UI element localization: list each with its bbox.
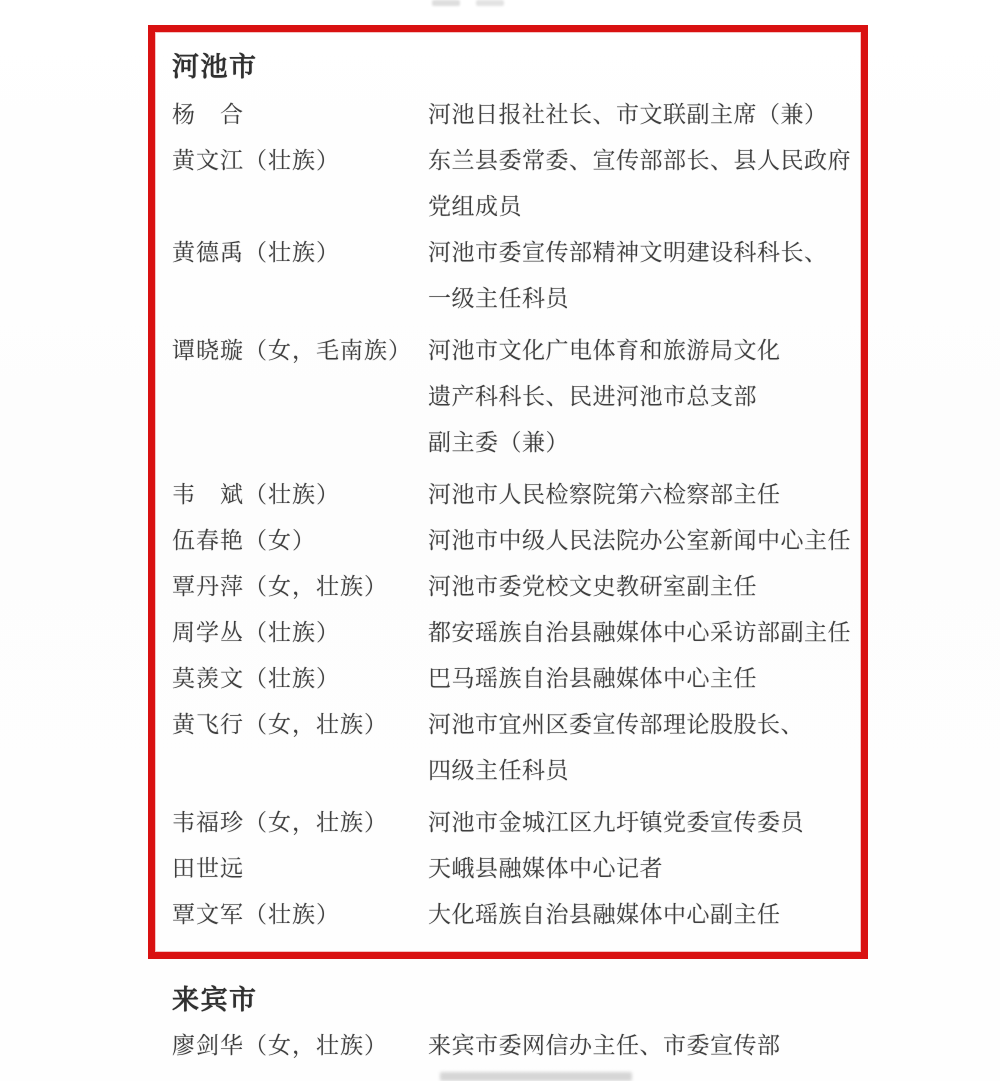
roster-entry: 谭晓璇（女，毛南族） 河池市文化广电体育和旅游局文化遗产科科长、民进河池市总支部… bbox=[172, 328, 861, 466]
section-title-laibin: 来宾市 bbox=[172, 983, 872, 1017]
roster-entry: 覃文军（壮族） 大化瑶族自治县融媒体中心副主任 bbox=[172, 892, 861, 938]
person-name: 覃文军（壮族） bbox=[172, 892, 428, 938]
section-title-hechi: 河池市 bbox=[172, 50, 861, 84]
person-position: 东兰县委常委、宣传部部长、县人民政府党组成员 bbox=[428, 138, 861, 230]
roster-entry: 莫羡文（壮族） 巴马瑶族自治县融媒体中心主任 bbox=[172, 656, 861, 702]
person-name: 廖剑华（女，壮族） bbox=[172, 1023, 428, 1069]
position-line: 河池市委宣传部精神文明建设科科长、 bbox=[428, 230, 861, 276]
person-position: 巴马瑶族自治县融媒体中心主任 bbox=[428, 656, 861, 702]
position-line: 遗产科科长、民进河池市总支部 bbox=[428, 374, 861, 420]
person-position: 河池市委宣传部精神文明建设科科长、一级主任科员 bbox=[428, 230, 861, 322]
position-line: 来宾市委网信办主任、市委宣传部 bbox=[428, 1023, 872, 1069]
roster-entry: 廖剑华（女，壮族） 来宾市委网信办主任、市委宣传部 bbox=[172, 1023, 872, 1069]
person-name: 覃丹萍（女，壮族） bbox=[172, 564, 428, 610]
position-line: 河池市宜州区委宣传部理论股股长、 bbox=[428, 702, 861, 748]
position-line: 天峨县融媒体中心记者 bbox=[428, 846, 861, 892]
person-name: 杨 合 bbox=[172, 92, 428, 138]
position-line: 河池市中级人民法院办公室新闻中心主任 bbox=[428, 518, 861, 564]
position-line: 副主委（兼） bbox=[428, 420, 861, 466]
position-line: 大化瑶族自治县融媒体中心副主任 bbox=[428, 892, 861, 938]
person-position: 河池市金城江区九圩镇党委宣传委员 bbox=[428, 800, 861, 846]
position-line: 巴马瑶族自治县融媒体中心主任 bbox=[428, 656, 861, 702]
roster-entry: 黄德禹（壮族） 河池市委宣传部精神文明建设科科长、一级主任科员 bbox=[172, 230, 861, 322]
person-name: 莫羡文（壮族） bbox=[172, 656, 428, 702]
person-position: 河池市文化广电体育和旅游局文化遗产科科长、民进河池市总支部副主委（兼） bbox=[428, 328, 861, 466]
person-position: 河池市宜州区委宣传部理论股股长、四级主任科员 bbox=[428, 702, 861, 794]
cut-off-text-fragment-top bbox=[432, 0, 460, 6]
person-name: 谭晓璇（女，毛南族） bbox=[172, 328, 428, 374]
person-position: 河池市中级人民法院办公室新闻中心主任 bbox=[428, 518, 861, 564]
highlight-red-box: 河池市 杨 合 河池日报社社长、市文联副主席（兼） 黄文江（壮族） 东兰县委常委… bbox=[148, 25, 868, 959]
position-line: 东兰县委常委、宣传部部长、县人民政府 bbox=[428, 138, 861, 184]
laibin-section: 来宾市 廖剑华（女，壮族） 来宾市委网信办主任、市委宣传部 bbox=[172, 983, 872, 1069]
roster-entry: 黄飞行（女，壮族） 河池市宜州区委宣传部理论股股长、四级主任科员 bbox=[172, 702, 861, 794]
roster-entry: 覃丹萍（女，壮族） 河池市委党校文史教研室副主任 bbox=[172, 564, 861, 610]
person-position: 河池市人民检察院第六检察部主任 bbox=[428, 472, 861, 518]
person-name: 黄飞行（女，壮族） bbox=[172, 702, 428, 748]
position-line: 都安瑶族自治县融媒体中心采访部副主任 bbox=[428, 610, 861, 656]
position-line: 一级主任科员 bbox=[428, 276, 861, 322]
document-page: 河池市 杨 合 河池日报社社长、市文联副主席（兼） 黄文江（壮族） 东兰县委常委… bbox=[0, 0, 1000, 1081]
position-line: 党组成员 bbox=[428, 184, 861, 230]
roster-entry: 黄文江（壮族） 东兰县委常委、宣传部部长、县人民政府党组成员 bbox=[172, 138, 861, 230]
person-name: 黄德禹（壮族） bbox=[172, 230, 428, 276]
roster-entry: 田世远 天峨县融媒体中心记者 bbox=[172, 846, 861, 892]
position-line: 河池市人民检察院第六检察部主任 bbox=[428, 472, 861, 518]
person-position: 大化瑶族自治县融媒体中心副主任 bbox=[428, 892, 861, 938]
roster-entry: 韦 斌（壮族） 河池市人民检察院第六检察部主任 bbox=[172, 472, 861, 518]
person-name: 黄文江（壮族） bbox=[172, 138, 428, 184]
person-position: 来宾市委网信办主任、市委宣传部 bbox=[428, 1023, 872, 1069]
person-name: 田世远 bbox=[172, 846, 428, 892]
person-name: 周学丛（壮族） bbox=[172, 610, 428, 656]
roster-entry: 韦福珍（女，壮族） 河池市金城江区九圩镇党委宣传委员 bbox=[172, 800, 861, 846]
person-name: 韦 斌（壮族） bbox=[172, 472, 428, 518]
roster-entry: 周学丛（壮族） 都安瑶族自治县融媒体中心采访部副主任 bbox=[172, 610, 861, 656]
position-line: 四级主任科员 bbox=[428, 748, 861, 794]
person-position: 都安瑶族自治县融媒体中心采访部副主任 bbox=[428, 610, 861, 656]
roster-entry: 杨 合 河池日报社社长、市文联副主席（兼） bbox=[172, 92, 861, 138]
laibin-entry-list: 廖剑华（女，壮族） 来宾市委网信办主任、市委宣传部 bbox=[172, 1023, 872, 1069]
position-line: 河池市文化广电体育和旅游局文化 bbox=[428, 328, 861, 374]
position-line: 河池市委党校文史教研室副主任 bbox=[428, 564, 861, 610]
person-position: 河池市委党校文史教研室副主任 bbox=[428, 564, 861, 610]
roster-entry: 伍春艳（女） 河池市中级人民法院办公室新闻中心主任 bbox=[172, 518, 861, 564]
person-name: 伍春艳（女） bbox=[172, 518, 428, 564]
person-position: 天峨县融媒体中心记者 bbox=[428, 846, 861, 892]
position-line: 河池日报社社长、市文联副主席（兼） bbox=[428, 92, 861, 138]
hechi-entry-list: 杨 合 河池日报社社长、市文联副主席（兼） 黄文江（壮族） 东兰县委常委、宣传部… bbox=[172, 92, 861, 938]
person-position: 河池日报社社长、市文联副主席（兼） bbox=[428, 92, 861, 138]
cut-off-text-fragment-bottom bbox=[440, 1072, 632, 1081]
person-name: 韦福珍（女，壮族） bbox=[172, 800, 428, 846]
position-line: 河池市金城江区九圩镇党委宣传委员 bbox=[428, 800, 861, 846]
